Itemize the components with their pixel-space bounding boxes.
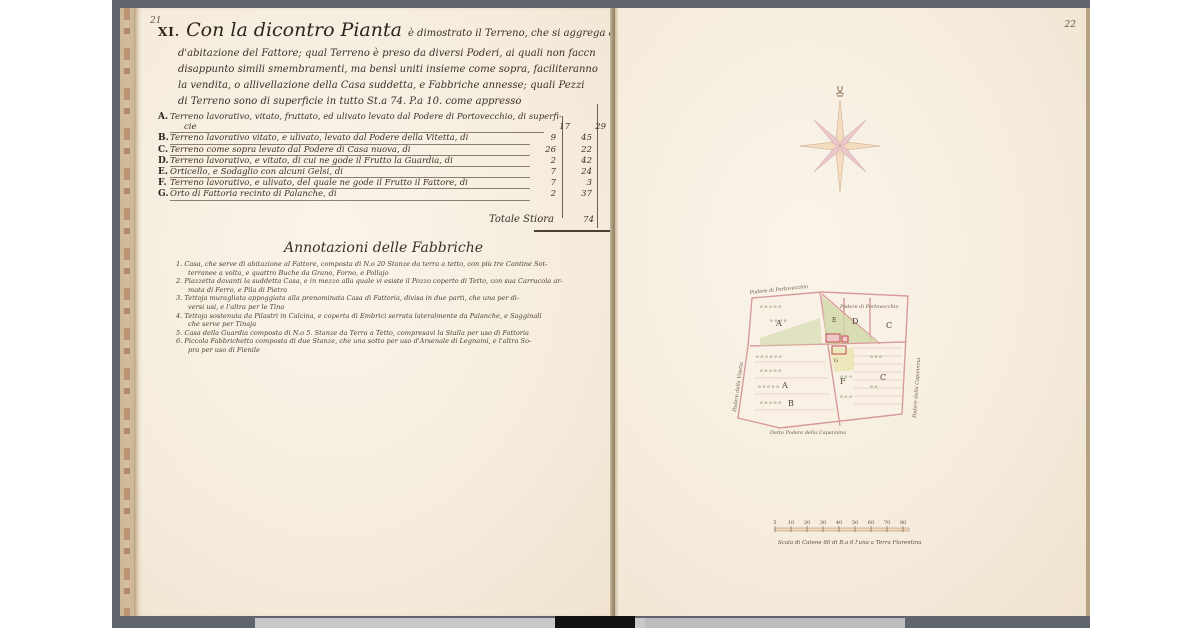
total-row: Totale Stiora 74 10 (444, 214, 624, 225)
svg-text:40: 40 (836, 520, 842, 526)
svg-text:e e e e e: e e e e e (760, 400, 781, 406)
title-line-0: è dimostrato il Terreno, che si aggrega … (408, 22, 626, 46)
section-header: XI. Con la dicontro Pianta è dimostrato … (158, 18, 626, 110)
svg-text:A: A (781, 381, 788, 390)
title-line-1: d'abitazione del Fattore; qual Terreno è… (158, 46, 626, 62)
svg-text:B: B (788, 399, 794, 408)
parcel-list: A. Terreno lavorativo, vitato, fruttato,… (158, 112, 628, 201)
annotation-6: 6. Piccola Fabbrichetta composta di due … (176, 337, 624, 354)
parcel-row-a-cont: cie 17 29 (158, 122, 628, 133)
svg-text:20: 20 (804, 520, 810, 526)
annotation-5: 5. Casa della Guardia composta di N.o 5.… (176, 329, 624, 338)
svg-text:70: 70 (884, 520, 890, 526)
svg-text:e e e e e: e e e e e (760, 304, 781, 310)
svg-text:e e e: e e e (870, 354, 882, 360)
svg-text:F: F (840, 377, 846, 386)
svg-text:50: 50 (852, 520, 858, 526)
svg-text:5: 5 (773, 520, 776, 526)
left-page: 21 XI. Con la dicontro Pianta è dimostra… (120, 8, 626, 616)
annotation-4: 4. Tettoja sostenuta da Pilastri in Calc… (176, 312, 624, 329)
parcel-a-staiora: 17 (544, 122, 570, 132)
svg-text:A: A (775, 319, 782, 328)
title-line-4: di Terreno sono di superficie in tutto S… (158, 94, 626, 110)
svg-text:D: D (852, 317, 858, 326)
estate-map: e e e e ee e e e e e e e e ee e e e e e … (730, 278, 930, 436)
svg-text:60: 60 (868, 520, 874, 526)
svg-text:e e: e e (870, 384, 878, 390)
svg-text:e e e e e e: e e e e e e (756, 354, 782, 360)
title-line-2: disappunto simili smembramenti, ma bensì… (158, 62, 626, 78)
svg-text:C: C (886, 321, 892, 330)
svg-text:30: 30 (820, 520, 826, 526)
scale-caption: Scala di Catene 80 di B.a 6 l'una a Terr… (778, 540, 922, 546)
parcel-row-e: E. Orticello, e Sodaglio con alcuni Gels… (158, 167, 628, 178)
parcel-a-panora: 29 (570, 122, 606, 132)
svg-text:10: 10 (788, 520, 794, 526)
annotation-1: 1. Casa, che serve di abitazione al Fatt… (176, 260, 624, 277)
annotation-2: 2. Piazzetta davanti la suddetta Casa, e… (176, 277, 624, 294)
compass-rose-icon (798, 86, 882, 204)
svg-text:e e e: e e e (840, 394, 852, 400)
parcel-row-a: A. Terreno lavorativo, vitato, fruttato,… (158, 112, 628, 122)
total-staiora: 74 (564, 215, 594, 225)
svg-text:E: E (832, 317, 836, 324)
svg-text:Podere della Capannina: Podere della Capannina (912, 357, 922, 419)
annotations-list: 1. Casa, che serve di abitazione al Fatt… (176, 260, 624, 355)
svg-text:Detto Podere della Capannina: Detto Podere della Capannina (769, 430, 846, 436)
svg-text:Podere di Portovecchio: Podere di Portovecchio (839, 304, 898, 310)
page-number-right: 22 (1065, 20, 1076, 30)
svg-text:G: G (834, 358, 838, 364)
parcel-row-f: F. Terreno lavorativo, e ulivato, del qu… (158, 178, 628, 189)
section-number: XI. (158, 20, 180, 44)
svg-text:80: 80 (900, 520, 906, 526)
annotations-title: Annotazioni delle Fabbriche (284, 240, 483, 256)
scale-bar: 5 10 20 30 40 50 60 70 80 (773, 518, 943, 554)
svg-text:e e e e e: e e e e e (758, 384, 779, 390)
book-spread: 21 XI. Con la dicontro Pianta è dimostra… (120, 8, 1088, 620)
annotation-3: 3. Tettoja muragliata appoggiata alla pr… (176, 294, 624, 311)
parcel-row-d: D. Terreno lavorativo, e vitato, di cui … (158, 156, 628, 167)
total-label: Totale Stiora (444, 214, 564, 225)
parcel-row-g: G. Orto di Fattoria recinto di Palanche,… (158, 189, 628, 200)
svg-text:e e e e e: e e e e e (760, 368, 781, 374)
section-title-lead: Con la dicontro Pianta (186, 18, 402, 42)
parcel-row-c: C. Terreno come sopra levato dal Podere … (158, 145, 628, 156)
svg-text:C: C (880, 373, 886, 382)
title-line-3: la vendita, o allivellazione della Casa … (158, 78, 626, 94)
parcel-row-b: B. Terreno lavorativo vitato, e ulivato,… (158, 133, 628, 144)
